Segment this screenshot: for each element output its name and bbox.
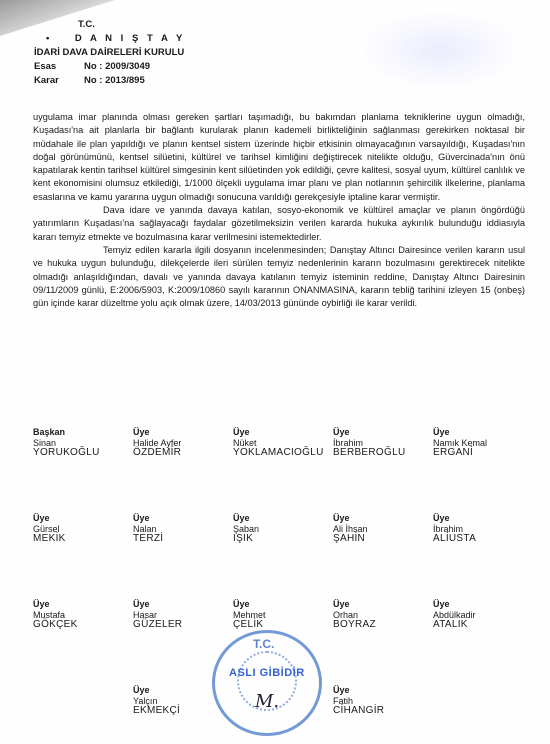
- signatory-title: Üye: [233, 427, 333, 438]
- signatory: ÜyeİbrahimBERBEROĞLU: [333, 427, 433, 459]
- board-name: İDARİ DAVA DAİRELERİ KURULU: [34, 46, 185, 60]
- karar-number: Karar No : 2013/895: [34, 74, 185, 88]
- signatory-title: Üye: [33, 599, 133, 610]
- signatory-last: GÜZELER: [133, 620, 233, 631]
- signatory: ÜyeOrhanBOYRAZ: [333, 599, 433, 631]
- signatory-title: Üye: [433, 599, 533, 610]
- signatory-last: IŞIK: [233, 534, 333, 545]
- signatory: ÜyeHasarGÜZELER: [133, 599, 233, 631]
- signatory-last: ATALIK: [433, 620, 533, 631]
- paragraph-ruling: Temyiz edilen kararla ilgili dosyanın in…: [33, 244, 525, 310]
- signatory: ÜyeNalanTERZİ: [133, 513, 233, 545]
- signatory-last: BERBEROĞLU: [333, 448, 433, 459]
- stamp-main-text: ASLI GİBİDİR: [229, 667, 305, 679]
- esas-number: Esas No : 2009/3049: [34, 60, 185, 74]
- signatory-last: ALİUSTA: [433, 534, 533, 545]
- handwritten-signature: M.: [255, 691, 279, 712]
- signatory-last: ÇELİK: [233, 620, 333, 631]
- esas-label: Esas: [34, 60, 84, 74]
- signatory-title: Üye: [233, 513, 333, 524]
- paragraph-reasoning: uygulama imar planında olması gereken şa…: [33, 111, 525, 204]
- signatory: BaşkanSinanYORUKOĞLU: [33, 427, 133, 459]
- signatory-title: Üye: [333, 427, 433, 438]
- signatory-title: Üye: [333, 685, 433, 696]
- esas-value: No : 2009/3049: [84, 60, 150, 74]
- signatory-title: Başkan: [33, 427, 133, 438]
- signatory: ÜyeŞabanIŞIK: [233, 513, 333, 545]
- scan-smudge: [360, 10, 520, 90]
- institution-text: D A N I Ş T A Y: [75, 33, 185, 44]
- signatory: ÜyeMehmetÇELİK: [233, 599, 333, 631]
- signatory-title: Üye: [433, 513, 533, 524]
- institution-name: • D A N I Ş T A Y: [46, 32, 185, 46]
- signatory-title: Üye: [133, 513, 233, 524]
- signatory: ÜyeİbrahimALİUSTA: [433, 513, 533, 545]
- signatory: ÜyeNüketYOKLAMACIOĞLU: [233, 427, 333, 459]
- signatory-title: Üye: [33, 513, 133, 524]
- signatory-last: ÖZDEMİR: [133, 448, 233, 459]
- signatory-title: Üye: [133, 599, 233, 610]
- signatory-last: YORUKOĞLU: [33, 448, 133, 459]
- signatory: ÜyeHalide AyferÖZDEMİR: [133, 427, 233, 459]
- stamp-top-text: T.C.: [253, 637, 274, 651]
- official-stamp: T.C. ASLI GİBİDİR M.: [212, 630, 322, 736]
- signatory-title: Üye: [333, 599, 433, 610]
- document-header: T.C. • D A N I Ş T A Y İDARİ DAVA DAİREL…: [34, 18, 185, 88]
- signatory: ÜyeFatihCİHANGİR: [333, 685, 433, 717]
- signatory: ÜyeMustafaGÖKÇEK: [33, 599, 133, 631]
- country-label: T.C.: [78, 18, 185, 32]
- signatory-last: MEKİK: [33, 534, 133, 545]
- signatory-last: TERZİ: [133, 534, 233, 545]
- karar-value: No : 2013/895: [84, 74, 145, 88]
- signatory-title: Üye: [433, 427, 533, 438]
- signatory: ÜyeAli İhsanŞAHİN: [333, 513, 433, 545]
- signatory-last: ERGANİ: [433, 448, 533, 459]
- signatory-last: YOKLAMACIOĞLU: [233, 448, 333, 459]
- karar-label: Karar: [34, 74, 84, 88]
- decision-body: uygulama imar planında olması gereken şa…: [33, 111, 525, 310]
- signatory: ÜyeAbdülkadirATALIK: [433, 599, 533, 631]
- signatory-title: Üye: [133, 427, 233, 438]
- signatory-title: Üye: [233, 599, 333, 610]
- signatory-last: BOYRAZ: [333, 620, 433, 631]
- signatory-last: GÖKÇEK: [33, 620, 133, 631]
- signatory: ÜyeNamık KemalERGANİ: [433, 427, 533, 459]
- document-page: T.C. • D A N I Ş T A Y İDARİ DAVA DAİREL…: [0, 0, 550, 744]
- signatory: ÜyeGürselMEKİK: [33, 513, 133, 545]
- signatory-title: Üye: [333, 513, 433, 524]
- signatory-last: CİHANGİR: [333, 706, 433, 717]
- signatory-last: ŞAHİN: [333, 534, 433, 545]
- paragraph-appeal: Dava idare ve yanında davaya katılan, so…: [33, 204, 525, 244]
